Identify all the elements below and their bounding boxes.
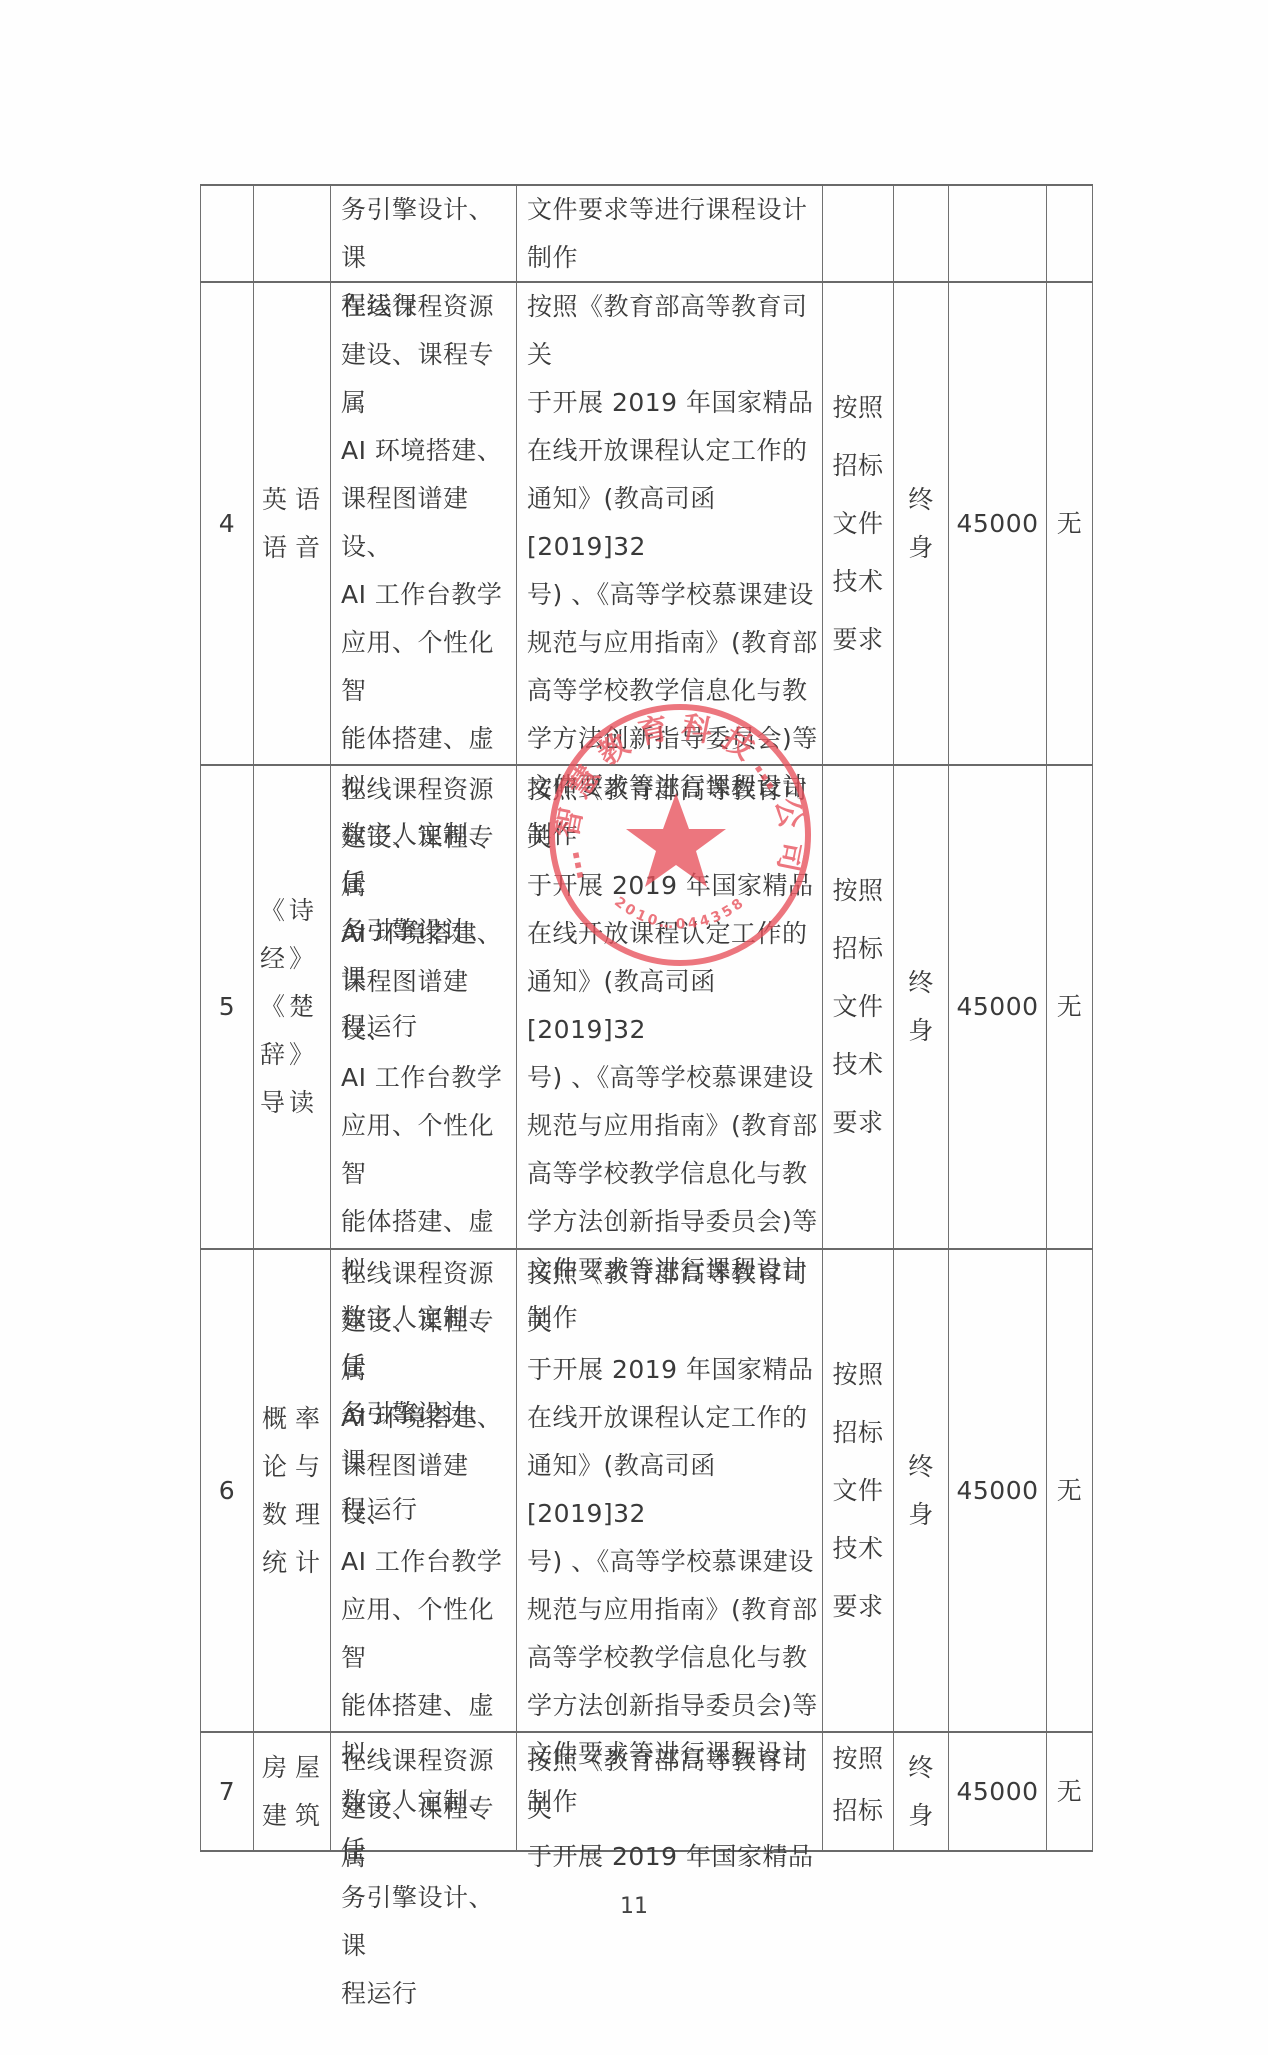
row-number: 6 xyxy=(219,1467,235,1515)
document-page: 务引擎设计、课 程运行 文件要求等进行课程设计 制作 4 英语 语音 在线课程资… xyxy=(0,0,1268,2055)
procurement-table: 务引擎设计、课 程运行 文件要求等进行课程设计 制作 4 英语 语音 在线课程资… xyxy=(200,184,1093,1852)
cell-no: 5 xyxy=(200,766,253,1248)
cell-remarks: 无 xyxy=(1046,283,1093,764)
term-text: 终 身 xyxy=(908,476,934,572)
cell-term: 终 身 xyxy=(893,1733,948,1850)
cell-name: 《诗 经》 《楚 辞》 导读 xyxy=(253,766,330,1248)
term-text: 终 身 xyxy=(908,959,934,1055)
course-name: 《诗 经》 《楚 辞》 导读 xyxy=(260,887,318,1127)
cell-name: 英语 语音 xyxy=(253,283,330,764)
price-value: 45000 xyxy=(956,1467,1038,1515)
cell-price xyxy=(948,186,1046,281)
row-number: 4 xyxy=(219,500,235,548)
cell-remarks: 无 xyxy=(1046,1250,1093,1731)
cell-term: 终 身 xyxy=(893,1250,948,1731)
cell-standard: 文件要求等进行课程设计 制作 xyxy=(516,186,822,281)
remarks-text: 无 xyxy=(1057,983,1083,1031)
cell-no: 4 xyxy=(200,283,253,764)
cell-requirement: 按照 招标 文件 技术 要求 xyxy=(822,766,893,1248)
requirement-text: 按照 招标 文件 技术 要求 xyxy=(832,1346,883,1636)
remarks-text: 无 xyxy=(1057,1467,1083,1515)
content-text: 在线课程资源 建设、课程专属 xyxy=(341,1737,516,1881)
remarks-text: 无 xyxy=(1057,500,1083,548)
table-row: 6 概率 论与 数理 统计 在线课程资源 建设、课程专属 AI 环境搭建、 课程… xyxy=(200,1250,1093,1733)
cell-name: 房屋 建筑 xyxy=(253,1733,330,1850)
cell-price: 45000 xyxy=(948,283,1046,764)
cell-standard: 按照《教育部高等教育司关 于开展 2019 年国家精品 xyxy=(516,1733,822,1850)
requirement-text: 按照 招标 文件 技术 要求 xyxy=(832,379,883,669)
requirement-text: 按照 招标 xyxy=(832,1733,883,1837)
cell-price: 45000 xyxy=(948,1250,1046,1731)
standard-text: 按照《教育部高等教育司关 于开展 2019 年国家精品 xyxy=(527,1737,822,1881)
price-value: 45000 xyxy=(956,500,1038,548)
standard-text: 文件要求等进行课程设计 制作 xyxy=(527,186,808,282)
cell-content: 在线课程资源 建设、课程专属 AI 环境搭建、 课程图谱建设、 AI 工作台教学… xyxy=(330,766,516,1248)
cell-requirement: 按照 招标 文件 技术 要求 xyxy=(822,1250,893,1731)
price-value: 45000 xyxy=(956,1768,1038,1816)
table-row: 5 《诗 经》 《楚 辞》 导读 在线课程资源 建设、课程专属 AI 环境搭建、… xyxy=(200,766,1093,1250)
cell-no: 6 xyxy=(200,1250,253,1731)
cell-name: 概率 论与 数理 统计 xyxy=(253,1250,330,1731)
cell-content: 在线课程资源 建设、课程专属 xyxy=(330,1733,516,1850)
cell-content: 务引擎设计、课 程运行 xyxy=(330,186,516,281)
cell-standard: 按照《教育部高等教育司关 于开展 2019 年国家精品 在线开放课程认定工作的 … xyxy=(516,766,822,1248)
cell-term: 终 身 xyxy=(893,283,948,764)
cell-no: 7 xyxy=(200,1733,253,1850)
term-text: 终 身 xyxy=(908,1443,934,1539)
cell-price: 45000 xyxy=(948,766,1046,1248)
cell-price: 45000 xyxy=(948,1733,1046,1850)
course-name: 英语 语音 xyxy=(262,476,328,572)
cell-name xyxy=(253,186,330,281)
cell-term: 终 身 xyxy=(893,766,948,1248)
cell-remarks: 无 xyxy=(1046,766,1093,1248)
page-number: 11 xyxy=(0,1894,1268,1919)
cell-content: 在线课程资源 建设、课程专属 AI 环境搭建、 课程图谱建设、 AI 工作台教学… xyxy=(330,283,516,764)
row-number: 5 xyxy=(219,983,235,1031)
requirement-text: 按照 招标 文件 技术 要求 xyxy=(832,862,883,1152)
cell-remarks xyxy=(1046,186,1093,281)
course-name: 房屋 建筑 xyxy=(262,1744,328,1840)
cell-content: 在线课程资源 建设、课程专属 AI 环境搭建、 课程图谱建设、 AI 工作台教学… xyxy=(330,1250,516,1731)
cell-term xyxy=(893,186,948,281)
price-value: 45000 xyxy=(956,983,1038,1031)
term-text: 终 身 xyxy=(908,1744,934,1840)
table-row: 7 房屋 建筑 在线课程资源 建设、课程专属 按照《教育部高等教育司关 于开展 … xyxy=(200,1733,1093,1852)
row-number: 7 xyxy=(219,1768,235,1816)
cell-standard: 按照《教育部高等教育司关 于开展 2019 年国家精品 在线开放课程认定工作的 … xyxy=(516,283,822,764)
remarks-text: 无 xyxy=(1057,1768,1083,1816)
cell-requirement: 按照 招标 文件 技术 要求 xyxy=(822,283,893,764)
cell-remarks: 无 xyxy=(1046,1733,1093,1850)
cell-standard: 按照《教育部高等教育司关 于开展 2019 年国家精品 在线开放课程认定工作的 … xyxy=(516,1250,822,1731)
table-row: 务引擎设计、课 程运行 文件要求等进行课程设计 制作 xyxy=(200,184,1093,283)
cell-requirement: 按照 招标 xyxy=(822,1733,893,1850)
course-name: 概率 论与 数理 统计 xyxy=(262,1395,328,1587)
cell-requirement xyxy=(822,186,893,281)
cell-no xyxy=(200,186,253,281)
table-row: 4 英语 语音 在线课程资源 建设、课程专属 AI 环境搭建、 课程图谱建设、 … xyxy=(200,283,1093,766)
